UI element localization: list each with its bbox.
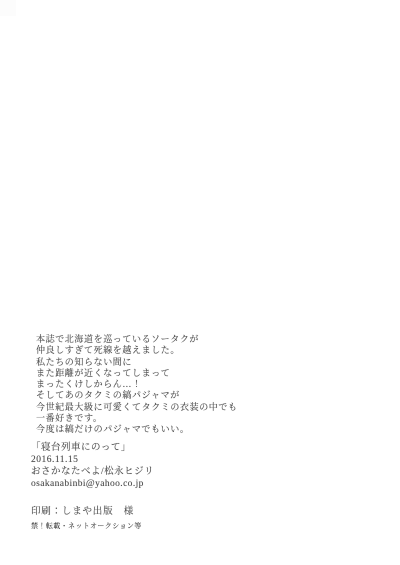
afterword-line: 今度は縞だけのパジャマでもいい。 [36,424,238,435]
colophon-block: 「寝台列車にのって」 2016.11.15 おさかなたべよ/松永ヒジリ osak… [31,442,154,490]
circle-author-name: おさかなたべよ/松永ヒジリ [31,466,154,478]
afterword-line: 本誌で北海道を巡っているソータクが [36,334,238,345]
afterword-line: まったくけしからん…！ [36,379,238,390]
afterword-line: また距離が近くなってしまって [36,368,238,379]
afterword-line: 今世紀最大級に可愛くてタクミの衣装の中でも [36,402,238,413]
afterword-paragraph: 本誌で北海道を巡っているソータクが 仲良しすぎて死線を越えました。 私たちの知ら… [36,334,238,436]
contact-email: osakanabinbi@yahoo.co.jp [31,478,154,490]
book-title: 「寝台列車にのって」 [31,442,154,454]
scan-corner-artifact [0,0,16,16]
reproduction-prohibition-notice: 禁！転載・ネットオークション等 [31,521,142,531]
afterword-line: 仲良しすぎて死線を越えました。 [36,345,238,356]
publication-date: 2016.11.15 [31,454,154,466]
scanned-afterword-page: 本誌で北海道を巡っているソータクが 仲良しすぎて死線を越えました。 私たちの知ら… [0,0,400,565]
afterword-line: 私たちの知らない間に [36,357,238,368]
printer-credit: 印刷：しまや出版 様 [31,503,134,517]
afterword-line: 一番好きです。 [36,413,238,424]
afterword-line: そしてあのタクミの縞パジャマが [36,390,238,401]
